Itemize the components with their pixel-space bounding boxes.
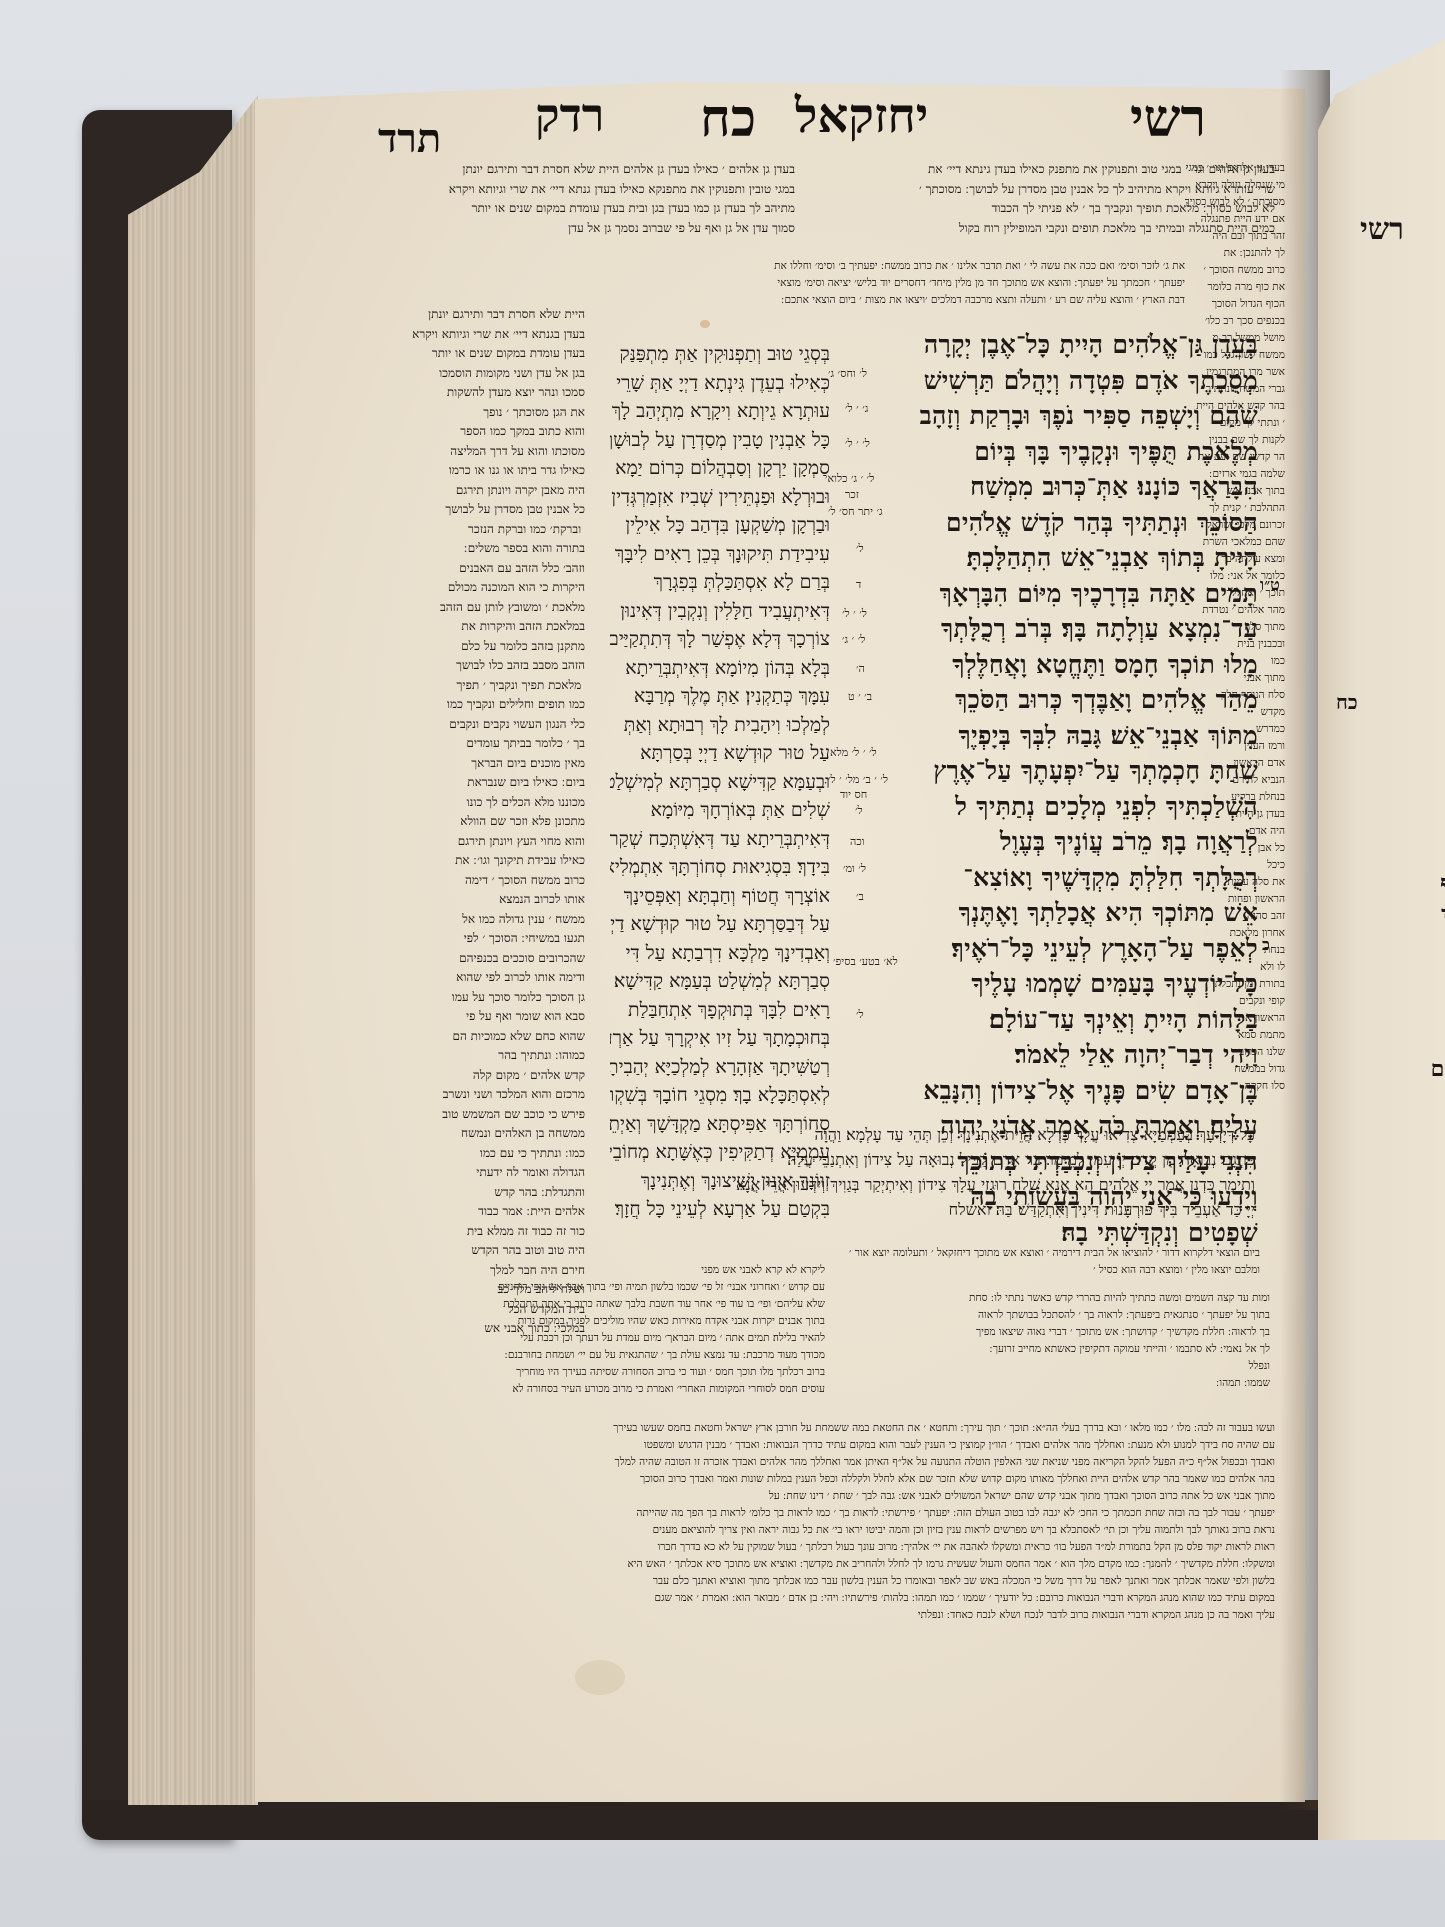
commentary-line: לו ולא [1185, 959, 1285, 976]
commentary-line: עוסים חמס לסוחרי המקומות האחרי׳ ואמרת כי… [405, 1381, 825, 1398]
masorah-note: ל׳ ׳ ל׳ [845, 437, 870, 450]
targum-line: וּבוּרְלָא וּפַנְתֵּירִין שְׁבִיז אִזְמַ… [610, 483, 830, 512]
commentary-line: פירש כי כוכב שם המשמש טוב [405, 1105, 585, 1125]
verse-line: עַן גָּבַהּ [1400, 682, 1445, 713]
masorah-note: ל׳ ומ׳ [843, 862, 866, 875]
commentary-line: ראות לראות יקוד פלס מן הקל בתמורת למ״ד ה… [405, 1539, 1275, 1556]
commentary-line: ביום ׃ כאילו ביום שנבראת [405, 773, 585, 793]
commentary-line: היה טוב וטוב בהר הקדש [405, 1241, 585, 1261]
masorah-note: ג׳ יתר חס׳ ל׳ [828, 505, 883, 518]
commentary-line: מתוך סלח [1185, 619, 1285, 636]
commentary-line: ורמז הענין [1185, 738, 1285, 755]
commentary-line: ביום הוצאי דלקרוא דדור ׳ להוציאו אל הבית… [700, 1245, 1260, 1262]
targum-line: וּבַרְקָן מְשַׁקְעָן בִּדְהַב כָּל אִילֵ… [610, 511, 830, 540]
commentary-line: קופי ונקבים [1185, 993, 1285, 1010]
facing-verse-fragments: וְקִנְיָנ ים׃ הַשְׁבִּעַת מַעֲרָבֵךְ נִש… [1400, 310, 1445, 1209]
masorah-note: ל׳ [856, 1008, 864, 1021]
masorah-note: ב׳ ׳ ט [848, 690, 872, 703]
commentary-line: בהר קדש אלהים היית [1185, 398, 1285, 415]
verse-line: לִבְּךָ כְּלֵב [1400, 992, 1445, 1023]
verse-line: ךָ בְּמַרְחֵךְ [1400, 899, 1445, 930]
book-cover-bottom-edge [82, 1800, 1332, 1840]
top-radak-commentary: בעדן גן אלהים ׳ כאילו בעדן גן אלהים היית… [410, 160, 795, 238]
commentary-line: ברוב רכלתך מלו תוכך חמס ׳ ועוד כי ברוב ה… [405, 1364, 825, 1381]
verse-line: ם שָׂעֲרוּ [1400, 527, 1445, 558]
verse-line: אֱלֹהִים [1400, 1178, 1445, 1209]
commentary-line: במגי טובין ותפנוקין את מתפנקא כאילו בעדן… [410, 180, 795, 200]
verse-line: ר לִנְגִיד [1400, 651, 1445, 682]
verse-line: תְבוּנָתְךָ [1400, 837, 1445, 868]
masorah-note: ד [856, 578, 861, 591]
verse-line: ים׃ [1400, 341, 1445, 372]
commentary-line: מתיהב לך בעדן גן כמו בעדן בגן ובית בעדן … [410, 199, 795, 219]
targum-line: דְּאִיתְעֲבִיד חַלָּלִין וְנִקְבִין דְּא… [610, 597, 830, 626]
commentary-line: והתגדלת ׃ בהר קדש [405, 1183, 585, 1203]
targum-line: בְּרַם לָא אִסְתַּכַּלְתְּ בְּפִגְרָךְ [610, 568, 830, 597]
targum-line: וּבְעַמָּא קַדִּישָׁא סְבַרְתָּא לְמִישְ… [610, 768, 830, 797]
commentary-line: זהר בתוך ובם היה [1185, 228, 1285, 245]
masorah-note: ל׳ ׳ ל׳ מלא [830, 746, 877, 759]
page-edge-tag: ס [198, 98, 203, 109]
commentary-line: בעדן בגנתא דיי׳ את שרי וגיותא ויקרא [405, 325, 585, 345]
commentary-line: שלנו הכרוב [1185, 1044, 1285, 1061]
targum-line: כָּל אַבְנִין טָבִין מְסַדְרָן עַל לְבוּ… [610, 426, 830, 455]
commentary-line: כמו [1185, 653, 1285, 670]
commentary-line: כרוב ממשח הסוכך ׳ דימה [405, 871, 585, 891]
commentary-line: התהלכת ׳ קנית לך [1185, 500, 1285, 517]
commentary-line: ומשקלו ׃ חללת מקדשיך ׳ להמנך ׃ כמו מקדם … [405, 1556, 1275, 1573]
commentary-line: ׳ ונתתי לך מקום [1185, 415, 1285, 432]
commentary-line: אשר מרו המתרגמין [1185, 364, 1285, 381]
commentary-line: את סלה עמיתי [1185, 874, 1285, 891]
verse-line: בָּעַמִּים [1400, 558, 1445, 589]
commentary-line: מתקנן בזהב כלומר על כלם [405, 637, 585, 657]
targum-line: רָאִים לִבָּךְ בְּתוּקְפָךְ אִתְחַבַּלַת [610, 996, 830, 1025]
masorah-note: ל׳ ׳ ב׳ מל׳ ׳ ל׳ [828, 773, 888, 786]
masorah-line: יפעתך ׳ חכמתך על יפעתך ׃ והוצא אש מתוכך … [605, 275, 1185, 292]
commentary-line: כאילו גדר ביתו או גנו או כרמו [405, 461, 585, 481]
commentary-line: תוכך ׳ ואחללך [1185, 585, 1285, 602]
commentary-line: מכודך מעוד מרכבת ׃ עד נמצא עולת בך ׳ שהת… [405, 1347, 825, 1364]
targum-line: בִּידָךְ׃ בִּסְגִיאוּת סְחוֹרְתָּךְ אִתְ… [610, 853, 830, 882]
masorah-note: ל׳ ׳ ל׳ [842, 607, 867, 620]
targum-line: עִמָּךְ כְּתַקְנִין׃ אַתְּ מֶלֶךְ מְרַבָ… [610, 682, 830, 711]
masorah-note: ה׳ [856, 662, 865, 675]
verse-line: הַשְׁבִּעַת [1400, 372, 1445, 403]
commentary-line: גברי המשח ׃ ונתתיך [1185, 381, 1285, 398]
targum-line: יְיָ כַּד אַעְבֵיד בִּיךְ פּוּרְעָנוּת ד… [590, 1197, 1255, 1222]
commentary-line: מקדש [1185, 704, 1285, 721]
commentary-line: מתוך אבני אש כל אתה כרוב הסוכך ואבדך מתו… [405, 1488, 1275, 1505]
targum-line: אוֹצְרָךְ חֲטוֹף וְחַבְתָּא וְאַפְּסֵינָ… [610, 882, 830, 911]
paper-spot [700, 320, 710, 328]
commentary-line: במלאכת הזהב והיקרות את [405, 617, 585, 637]
commentary-line: הראשון את [1185, 1010, 1285, 1027]
commentary-line: הזהב מסבב בזהב כלו לבושך [405, 656, 585, 676]
commentary-line: את כוף מרה כלומר [1185, 279, 1285, 296]
masorah-note: וכה [850, 835, 865, 848]
commentary-line: בתורת ומן נתכלתי [1185, 976, 1285, 993]
commentary-line: מלאכת ׳ ומשובץ לותן עם הזהב [405, 598, 585, 618]
commentary-line: מסוכתו והוא על דרך המליצה [405, 442, 585, 462]
masorah-note: ל׳ ׳ ג׳ [842, 633, 865, 646]
verse-line: מַעֲרָבֵךְ [1400, 403, 1445, 434]
commentary-line: הגדולה ואומר לה ידעתי [405, 1163, 585, 1183]
verse-line: זָהָב וָכֶסֶף [1400, 868, 1445, 899]
page-block-edge: ס [128, 95, 258, 1805]
commentary-line: כמו תופים וחלילים ונקביך כמו [405, 695, 585, 715]
commentary-line: בנחלת ברקיע [1185, 789, 1285, 806]
side-radak-commentary: היית שלא חסרת דבר ותירגם יונתן בעדן בגנת… [405, 305, 585, 1339]
targum-line: בְּחוּכְמָתָךְ עַל זִיו אִיקְרָךְ עַל אַ… [610, 1024, 830, 1053]
targum-line: עַל טוּר קוּדְשָׁא דַיְיָ בְּסַרְתָּא [610, 739, 830, 768]
commentary-line: בך לראוה ׃ חללת מקדשיך ׳ קדושתך ׃ אש מתו… [870, 1324, 1270, 1341]
commentary-line: עם קדוש ׳ ואחרוני אבני׳ זל פי׳ שכמו בלשו… [405, 1279, 825, 1296]
commentary-line: עם שהיה סח בידך למנוע ולא מנעת ׃ ואחללך … [405, 1437, 1275, 1454]
verse-line: ךְ וְכָל־ [1400, 465, 1445, 496]
commentary-line: יפעתך ׳ עבור לבך בה ובזה שחת חכמתך כי הח… [405, 1505, 1275, 1522]
facing-right-page: רשי כח וְקִנְיָנ ים׃ הַשְׁבִּעַת מַעֲרָב… [1318, 40, 1445, 1840]
commentary-line: כל אבן [1185, 840, 1285, 857]
bottom-wide-commentary: ועשו בעבור זה לבה ׃ מלו ׳ כמו מלאו ׳ ובא… [405, 1420, 1275, 1624]
bottom-radak-block: ליקרא לא קרא לאבני אש מפני עם קדוש ׳ ואח… [405, 1262, 825, 1398]
verse-line: כֹּה אָמַר [1400, 961, 1445, 992]
masorah-line: את ג׳ לזכר וסימ׳ ואם ככה את עשה לי ׳ ואת… [605, 258, 1185, 275]
commentary-line: כמדרש [1185, 721, 1285, 738]
commentary-line: קדש אלהים ׳ מקום קלה [405, 1066, 585, 1086]
commentary-line: ודימה אותו לכרוב לפי שהוא [405, 968, 585, 988]
verse-line: תָּמוּת [1400, 1116, 1445, 1147]
commentary-line: בנחת [1185, 942, 1285, 959]
masorah-note: ל׳ [855, 804, 863, 817]
commentary-line: בתוך על יפעתך ׳ סנתגאית ביפעתך ׃ לראוה ב… [870, 1307, 1270, 1324]
commentary-line: מסוכתך ׳ לא לבוש כסויך [1185, 194, 1285, 211]
commentary-line: שהוא כחם שלא כמוכיות הם [405, 1027, 585, 1047]
commentary-line: שלא עליהם׳ ופי׳ בו עוד פי׳ אחר עוד חשבת … [405, 1296, 825, 1313]
commentary-line: ובכבנין בנית [1185, 636, 1285, 653]
commentary-line: בך ׳ כלומר בביתך עומדים [405, 734, 585, 754]
commentary-line: כרוב ממשח הסוכך ׳ [1185, 262, 1285, 279]
facing-chapter-marker: כח [1336, 690, 1358, 715]
commentary-line: שממו ׃ תמהו ׃ [870, 1375, 1270, 1392]
commentary-line: מושל ממשל רב מ [1185, 330, 1285, 347]
commentary-line: תגעו במשיחי ׃ הסוכך ׳ לפי [405, 929, 585, 949]
targum-line: וְאַבְדִינָךְ מַלְכָּא דִרְבַתָא עַל דִּ… [610, 939, 830, 968]
commentary-line: שלמה בגמי ארזים ׃ [1185, 466, 1285, 483]
commentary-line: וזהב׳ כלל הזהב עם האבנים [405, 559, 585, 579]
commentary-line: ממשח ׳ ענין גדולה כמו אל [405, 910, 585, 930]
commentary-line: לקנות לך שם בבנין [1185, 432, 1285, 449]
commentary-line: מרכזם והוא המלכד ושני ונשרב [405, 1085, 585, 1105]
targum-line: עַל דְּבַסַּרְתָּא עַל טוּר קוּדְשָׁא דַ… [610, 910, 830, 939]
masorah-note: זכר [845, 488, 859, 501]
targum-line: סְבַרְתָּא לְמִשְׁלַט בְּעַמָּא קַדִּישָ… [610, 967, 830, 996]
masorah-note: ל׳ וחס׳ ג׳ [828, 367, 867, 380]
commentary-line: ואבדך ובכפול אל״ף כ״ה הפעל להקל הקריאה מ… [405, 1454, 1275, 1471]
commentary-line: ׃ מלאכת תפיך ונקביך ׳ תפיך [405, 676, 585, 696]
commentary-line: כלומר אל אני ׃ מלו [1185, 568, 1285, 585]
verse-line: בַר־יְהוָה [1400, 620, 1445, 651]
masorah-note: ל׳ [856, 542, 864, 555]
commentary-line: והוא כתוב במקך כמו הספר [405, 422, 585, 442]
commentary-line: סלח הנוסף חלק [1185, 687, 1285, 704]
commentary-line: אותו לכרוב הנמצא [405, 890, 585, 910]
commentary-line: מי שנתלה גזולה ויקרא [1185, 177, 1285, 194]
targum-line: בְּסְגֵי טוּב וְתַפְנוּקִין אַתְּ מִתְפַ… [610, 340, 830, 369]
targum-line: בְּלָא בְּהוֹן מִיוֹמָא דְּאִיתְבְּרֵיתָ… [610, 654, 830, 683]
commentary-line: מתמת סמא [1185, 1027, 1285, 1044]
commentary-line: בתוך אבני אש [1185, 483, 1285, 500]
commentary-line: ונפלל [870, 1358, 1270, 1375]
commentary-line: בכנפים סכך רב כלו׳ [1185, 313, 1285, 330]
commentary-line: בעדן גן היית [1185, 806, 1285, 823]
commentary-line: סמכו ונהר יוצא מעדן להשקות [405, 383, 585, 403]
verse-line: אֱלֹהִים [1400, 713, 1445, 744]
commentary-line: מאין מוכנים׃ ביום הבראך [405, 754, 585, 774]
commentary-line: אלהים היית ׃ אמר כבוד [405, 1202, 585, 1222]
masorah-line: דבת הארץ ׳ והוצא עליה שם רע ׳ ותעלה ותצא… [605, 292, 1185, 309]
commentary-line: ממשח לשון גדל כמו [1185, 347, 1285, 364]
header-chapter-number: כח [700, 88, 756, 158]
commentary-line: בעדן גן אלהים וגו׳ ׳ במגי [1185, 160, 1285, 177]
commentary-line: שהכרובים סוככים בכנפיהם [405, 949, 585, 969]
commentary-line: מתוך אבני [1185, 670, 1285, 687]
commentary-line: כאילו עבידת תיקונך וגו׳ ׃ את [405, 851, 585, 871]
commentary-line: אם ידע היית פתנגלה [1185, 211, 1285, 228]
targum-line: וְתֵימַר כִּדְנַן אֲמַר יְיָ אֱלֹהִים הָ… [590, 1172, 1255, 1197]
targum-line: לְמַלְכוּ וִיהָבִית לָךְ רְבוּתָא וְאַתְ… [610, 711, 830, 740]
targum-line: סַמְקָן יַרְקָן וְסַבְהֲלוֹם כְּרוֹם יַמ… [610, 454, 830, 483]
facing-header-rashi-label: רשי [1360, 212, 1404, 247]
header-radak-label: רדק [535, 88, 604, 158]
masorah-note: ב׳ [856, 890, 864, 903]
verse-line: כֹל יֹשְׁבֵי [1400, 496, 1445, 527]
commentary-line: כיכל [1185, 857, 1285, 874]
verse-line: וְקִנְיָנ [1400, 310, 1445, 341]
commentary-line: מתכונן פלא וזכר שם הוולא [405, 812, 585, 832]
commentary-line: ועשו בעבור זה לבה ׃ מלו ׳ כמו מלאו ׳ ובא… [405, 1420, 1275, 1437]
verse-line: נִשְׁבַּרְת [1400, 434, 1445, 465]
targum-line: כָּל דְּיָדְעָךְ בְּעַמְמַיָּא צְדִיאוּ … [590, 1122, 1255, 1147]
commentary-line: בלשון ולפי שאמר אכלתך אמר ואתנך לאפר על … [405, 1573, 1275, 1590]
commentary-line: היה מאבן יקרה ויונתן תירגם [405, 481, 585, 501]
commentary-line: סמוך עדן אל גן ואף על פי שברוב נסמך גן א… [410, 219, 795, 239]
commentary-line: ממשחה בן האלהים ונמשח [405, 1124, 585, 1144]
verse-line: תִּי חָלָל [1400, 1147, 1445, 1178]
verse-line: ם לֹא [1400, 806, 1445, 837]
targum-line: דְּאִיתְבְּרֵיתָא עַד דְּאִשְׁתְּכַח שְׁ… [610, 825, 830, 854]
commentary-line: כמוהו ׃ ונתתיך בהר [405, 1046, 585, 1066]
commentary-line: הכוף הגדול הסוכך [1185, 296, 1285, 313]
commentary-line: במקום עתיד כמו שהוא מנהג המקרא ודברי הנב… [405, 1590, 1275, 1607]
verse-line: יָפְיָתֶךָ [1400, 1085, 1445, 1116]
targum-line: צוֹרְכָךְ דְּלָא אֶפְשַׁר לָךְ דְּתִתְקַ… [610, 625, 830, 654]
commentary-line: מכוננו מלא הכלים לך כונו [405, 793, 585, 813]
commentary-line: הנביא לחירם [1185, 772, 1285, 789]
paper-stain [575, 1660, 625, 1695]
commentary-line: בגן אל עדן ושני מקומות הוסמכו [405, 364, 585, 384]
commentary-line: סלו חקקה [1185, 1078, 1285, 1095]
commentary-line: הראשון ופחות [1185, 891, 1285, 908]
commentary-line: מהר אלהים ׳ נטרדת [1185, 602, 1285, 619]
commentary-line: נראת ברוב גאותך לבך ולתמוה עליך וכן תי׳ … [405, 1522, 1275, 1539]
commentary-line: ׃ וברקת׳ כמו וברקת הנזכר [405, 520, 585, 540]
header-book-title: יחזקאל [795, 88, 928, 158]
targum-wide-block: כָּל דְּיָדְעָךְ בְּעַמְמַיָּא צְדִיאוּ … [590, 1122, 1255, 1222]
commentary-line: בעדן גן אלהים ׳ כאילו בעדן גן אלהים היית… [410, 160, 795, 180]
commentary-line: בעדן עומדת במקום שנים או יותר [405, 344, 585, 364]
targum-line: עוּתְרָא גֵיוְתָא וִיקָרָא מִתְיְהַב לָך… [610, 397, 830, 426]
targum-line: רְטַשִּׁיתָךְ אַזְהָרָא לְמַלְכַיָּא יְה… [610, 1053, 830, 1082]
commentary-line: בתורה והוא בספר משלים ׃ [405, 539, 585, 559]
targum-line: עִיבִידַת תִּיקוּנָךְ בְּכֵן רָאִים לִיב… [610, 540, 830, 569]
commentary-line: היקרות כי הוא המוכנה מכולם [405, 578, 585, 598]
commentary-line: ומות עד קצה השמים ומשה כתתיך להיות בהררי… [870, 1290, 1270, 1307]
commentary-line: לך להתנכן ׃ את [1185, 245, 1285, 262]
commentary-line: סבא הוא שומר ואף על פי [405, 1007, 585, 1027]
masorah-note: ג׳ ׳ ל׳ [845, 402, 868, 415]
verse-line: הִנֵּה [1400, 775, 1445, 806]
commentary-line: ומצא עולתה בך ׳ [1185, 551, 1285, 568]
masorah-note: לא׳ בטע׳ בסיפ׳ [833, 955, 898, 968]
commentary-line: אדם הראשון [1185, 755, 1285, 772]
masorah-note: חס יוד [840, 788, 867, 801]
commentary-line: זהב סהיה [1185, 908, 1285, 925]
side-rashi-commentary: בעדן גן אלהים וגו׳ ׳ במגי מי שנתלה גזולה… [1185, 160, 1285, 1095]
commentary-line: להאיר בלילה׃ תמים אתה ׳ מיום הבראך׳ מיום… [405, 1330, 825, 1347]
verse-line: עָרִיצֵי גוֹיִם [1400, 1054, 1445, 1085]
targum-line: פִּתְגָם נְבוּאָה מִן קֳדָם יְיָ עִמִּי … [590, 1147, 1255, 1172]
commentary-line: שהם כמלאכי השרת [1185, 534, 1285, 551]
commentary-line: כור זה כבוד זה ממלא בית [405, 1222, 585, 1242]
commentary-line: גדול בממשח [1185, 1061, 1285, 1078]
commentary-line: כל אבנין טבן מסדרן על לבושך [405, 500, 585, 520]
commentary-line: והוא מחוי העץ ויונתן תירגם [405, 832, 585, 852]
commentary-line: לך אל נאמי ׃ לא סתבמו ׳ והייתי עמוקה דתק… [870, 1341, 1270, 1358]
commentary-line: זכרונם מלכי ישראל [1185, 517, 1285, 534]
masorah-magna-strip: את ג׳ לזכר וסימ׳ ואם ככה את עשה לי ׳ ואת… [605, 258, 1185, 309]
commentary-line: ליקרא לא קרא לאבני אש מפני [405, 1262, 825, 1279]
commentary-line: את הגן׃ מסוכתך ׳ נופך [405, 403, 585, 423]
commentary-line: הר קדשי שם יעת את [1185, 449, 1285, 466]
targum-line: שְׁלִים אַתְּ בְּאוֹרְחָךְ מִיּוֹמָא [610, 796, 830, 825]
commentary-line: היה אדם [1185, 823, 1285, 840]
verse-line: א עָלֶיךָ [1400, 1023, 1445, 1054]
header-rashi-label: רשי [1130, 88, 1206, 158]
verse-line: ם וְלֹא־ [1400, 744, 1445, 775]
commentary-line: בהר אלהים כמו שאמר בהר קדש אלהים היית וא… [405, 1471, 1275, 1488]
commentary-line: גן הסוכך כלומר סוכך על עמו [405, 988, 585, 1008]
targum-line: כְּאִילוּ בְעֵדֶן גִּינְתָא דַיְיָ אַתְּ… [610, 369, 830, 398]
targum-line: לְאִסְתַּכָּלָא בָךְ׃ מִסְגֵי חוֹבָךְ בְ… [610, 1081, 830, 1110]
commentary-line: אחרון מלאכת [1185, 925, 1285, 942]
bottom-rashi-block: ומות עד קצה השמים ומשה כתתיך להיות בהררי… [870, 1290, 1270, 1392]
commentary-line: כלי הנגון העשוי נקבים ונקבים [405, 715, 585, 735]
commentary-line: בתוך אבנים יקרות אבני אקדח מאירות כאש שה… [405, 1313, 825, 1330]
commentary-line: עליך ואמר בה כן מנהג המקרא ודברי הנבואות… [405, 1607, 1275, 1624]
photo-scene: ס רשי יחזקאל כח רדק תרד בעדן גן אלהים וג… [0, 0, 1445, 1927]
verse-line: ךְ עַד־ [1400, 589, 1445, 620]
masorah-note: ל׳ ׳ ג׳ כלוא׳ [825, 472, 874, 485]
targum-column: בְּסְגֵי טוּב וְתַפְנוּקִין אַתְּ מִתְפַ… [610, 340, 830, 1224]
verse-line: ה לְבָבֶךָ [1400, 930, 1445, 961]
commentary-line: היית שלא חסרת דבר ותירגם יונתן [405, 305, 585, 325]
commentary-line: כמו ׃ ונתתיך כי עם כמו [405, 1144, 585, 1164]
